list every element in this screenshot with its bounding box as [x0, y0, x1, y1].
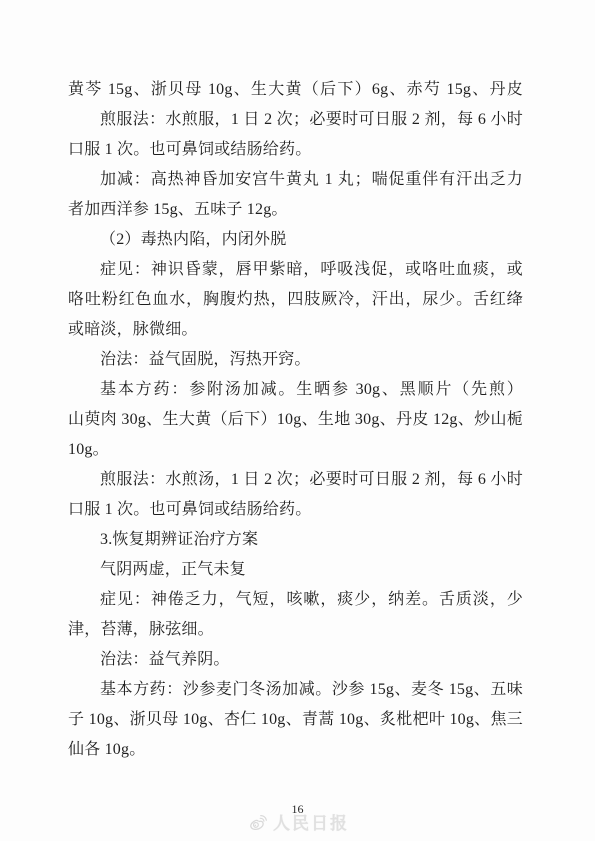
page-number: 16 [0, 802, 595, 816]
text-line-15: 口服 1 次。也可鼻饲或结肠给药。 [68, 495, 523, 525]
text-line-20: 治法：益气养阴。 [68, 645, 523, 675]
text-line-12: 山萸肉 30g、生大黄（后下）10g、生地 30g、丹皮 12g、炒山栀 [68, 405, 523, 435]
text-line-5: 者加西洋参 15g、五味子 12g。 [68, 195, 523, 225]
weibo-logo-icon [246, 813, 268, 835]
text-line-1: 黄芩 15g、浙贝母 10g、生大黄（后下）6g、赤芍 15g、丹皮 12g。 [68, 75, 523, 105]
text-line-21: 基本方药：沙参麦门冬汤加减。沙参 15g、麦冬 15g、五味 [68, 675, 523, 705]
text-line-17: 气阴两虚，正气未复 [68, 555, 523, 585]
document-body: 黄芩 15g、浙贝母 10g、生大黄（后下）6g、赤芍 15g、丹皮 12g。煎… [68, 75, 523, 765]
text-line-11: 基本方药：参附汤加减。生晒参 30g、黑顺片（先煎）10g、 [68, 375, 523, 405]
text-line-19: 津，苔薄，脉弦细。 [68, 615, 523, 645]
text-line-3: 口服 1 次。也可鼻饲或结肠给药。 [68, 135, 523, 165]
text-line-14: 煎服法：水煎汤，1 日 2 次；必要时可日服 2 剂，每 6 小时 [68, 465, 523, 495]
text-line-10: 治法：益气固脱，泻热开窍。 [68, 345, 523, 375]
document-page: 黄芩 15g、浙贝母 10g、生大黄（后下）6g、赤芍 15g、丹皮 12g。煎… [0, 0, 595, 841]
text-line-7: 症见：神识昏蒙，唇甲紫暗，呼吸浅促，或咯吐血痰，或 [68, 255, 523, 285]
text-line-6: （2）毒热内陷，内闭外脱 [68, 225, 523, 255]
text-line-2: 煎服法：水煎服，1 日 2 次；必要时可日服 2 剂，每 6 小时 [68, 105, 523, 135]
text-line-13: 10g。 [68, 435, 523, 465]
watermark-text: 人民日报 [273, 813, 349, 835]
text-line-9: 或暗淡，脉微细。 [68, 315, 523, 345]
text-line-18: 症见：神倦乏力，气短，咳嗽，痰少，纳差。舌质淡，少 [68, 585, 523, 615]
text-line-23: 仙各 10g。 [68, 735, 523, 765]
text-line-8: 咯吐粉红色血水，胸腹灼热，四肢厥冷，汗出，尿少。舌红绛 [68, 285, 523, 315]
text-line-4: 加减：高热神昏加安宫牛黄丸 1 丸；喘促重伴有汗出乏力 [68, 165, 523, 195]
text-line-16: 3.恢复期辨证治疗方案 [68, 525, 523, 555]
text-line-22: 子 10g、浙贝母 10g、杏仁 10g、青蒿 10g、炙枇杷叶 10g、焦三 [68, 705, 523, 735]
